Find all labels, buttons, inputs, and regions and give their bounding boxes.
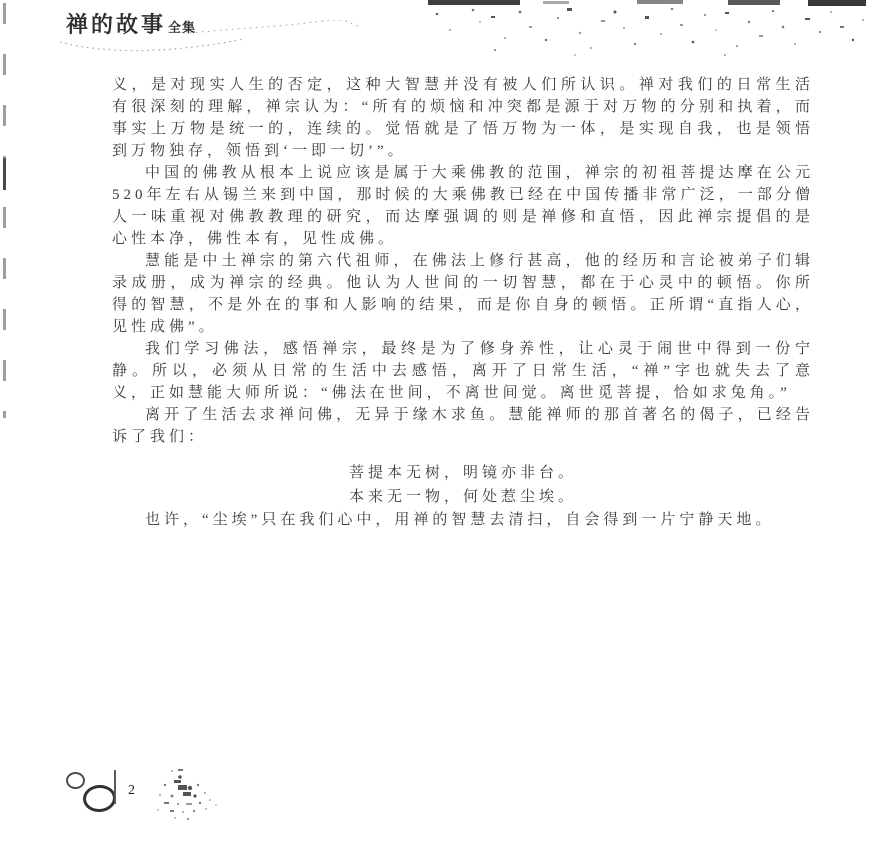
poem-line: 菩提本无树，明镜亦非台。	[112, 461, 814, 485]
scan-noise-top	[425, 0, 870, 65]
body-paragraph: 慧能是中土禅宗的第六代祖师，在佛法上修行甚高，他的经历和言论被弟子们辑录成册，成…	[112, 250, 814, 338]
ring-decoration-large	[82, 784, 117, 813]
footer-divider-line	[114, 770, 116, 804]
left-edge-marks	[3, 3, 6, 418]
ring-decoration-small	[66, 772, 85, 789]
body-paragraph: 离开了生活去求禅问佛，无异于缘木求鱼。慧能禅师的那首著名的偈子，已经告诉了我们：	[112, 404, 814, 448]
left-edge-mark-dark	[3, 158, 6, 190]
body-paragraph: 我们学习佛法，感悟禅宗，最终是为了修身养性，让心灵于闹世中得到一份宁静。所以，必…	[112, 338, 814, 404]
body-text-block: 义，是对现实人生的否定，这种大智慧并没有被人们所认识。禅对我们的日常生活有很深刻…	[112, 74, 814, 531]
scan-smudge-footer	[150, 765, 225, 825]
poem-line: 本来无一物，何处惹尘埃。	[112, 485, 814, 509]
body-paragraph: 中国的佛教从根本上说应该是属于大乘佛教的范围，禅宗的初祖菩提达摩在公元520年左…	[112, 162, 814, 250]
body-paragraph: 义，是对现实人生的否定，这种大智慧并没有被人们所认识。禅对我们的日常生活有很深刻…	[112, 74, 814, 162]
closing-paragraph: 也许，“尘埃”只在我们心中，用禅的智慧去清扫，自会得到一片宁静天地。	[112, 509, 814, 531]
title-underline-swash	[52, 20, 362, 62]
gatha-poem: 菩提本无树，明镜亦非台。 本来无一物，何处惹尘埃。	[112, 461, 814, 509]
page-number: 2	[128, 783, 135, 799]
